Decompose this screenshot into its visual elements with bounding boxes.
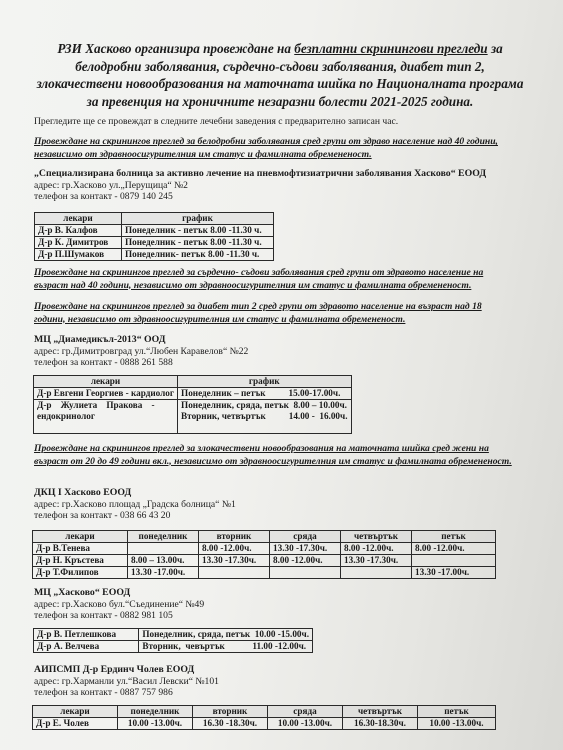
schedule-cell xyxy=(199,567,270,579)
table-row: Д-р В. Петлешкова Понеделник, сряда, пет… xyxy=(34,629,313,641)
schedule-cell: 8.00 -12.00ч. xyxy=(341,543,412,555)
schedule-cell: Понеделник, сряда, петък 8.00 – 10.00ч. xyxy=(178,400,351,412)
col-header-friday: петък xyxy=(412,531,496,543)
table-row: Д-р Жулиета Пракова - Понеделник, сряда,… xyxy=(34,400,352,412)
facility-name: МЦ „Диамедикъл-2013“ ООД xyxy=(34,334,166,345)
schedule-cell: 16.30 -18.30ч. xyxy=(193,718,268,730)
section-heading-cervical: Провеждане на скринингов преглед за злок… xyxy=(34,443,514,468)
doctor-cell: Д-р К. Димитров xyxy=(35,237,122,249)
title-line-2: белодробни заболявания, сърдечно-съдови … xyxy=(75,59,485,74)
col-header-thursday: четвъртък xyxy=(343,706,418,718)
doctor-cell: Д-р Евгени Георгиев - кардиолог xyxy=(34,388,178,400)
schedule-cell: 10.00 -13.00ч. xyxy=(118,718,193,730)
section-heading-diabetes: Провеждане на скринингов преглед за диаб… xyxy=(34,301,514,326)
schedule-cell: 13.30 -17.30ч. xyxy=(270,543,341,555)
schedule-cell xyxy=(412,555,496,567)
facility-name: МЦ „Хасково“ ЕООД xyxy=(34,587,130,598)
table-row: Д-р Т.Филипов 13.30 -17.00ч. 13.30 -17.0… xyxy=(33,567,496,579)
schedule-cell: Понеделник- петък 8.00 -11.30 ч. xyxy=(122,249,274,261)
facility-phone: телефон за контакт - 0879 140 245 xyxy=(34,191,173,202)
schedule-cell: 13.30 -17.00ч. xyxy=(412,567,496,579)
title-line-3: злокачествени новообразования на маточна… xyxy=(37,76,524,91)
table-row: Д-р К. Димитров Понеделник - петък 8.00 … xyxy=(35,237,274,249)
facility-phone: телефон за контакт - 0882 981 105 xyxy=(34,610,173,621)
document-title: РЗИ Хасково организира провеждане на без… xyxy=(30,40,530,110)
facility-address: адрес: гр.Хасково площад „Градска болниц… xyxy=(34,499,236,510)
schedule-cell: Вторник, чевъртък 11.00 -12.00ч. xyxy=(139,641,313,653)
table-row: Д-р А. Велчева Вторник, чевъртък 11.00 -… xyxy=(34,641,313,653)
schedule-cell: 16.30-18.30ч. xyxy=(343,718,418,730)
schedule-cell: 8.00 -12.00ч. xyxy=(199,543,270,555)
table-row: Д-р В. Калфов Понеделник - петък 8.00 -1… xyxy=(35,225,274,237)
schedule-cell xyxy=(341,567,412,579)
table-row: ендокринолог Вторник, четвъртък 14.00 - … xyxy=(34,411,352,434)
facility-address: адрес: гр.Димитровград ул.“Любен Каравел… xyxy=(34,346,248,357)
schedule-cell: 8.00 – 13.00ч. xyxy=(128,555,199,567)
schedule-cell: 8.00 -12.00ч. xyxy=(270,555,341,567)
title-line-4: за превенция на хроничните незаразни бол… xyxy=(87,94,474,109)
facility-address: адрес: гр.Харманли ул.“Васил Левски“ №10… xyxy=(34,676,219,687)
col-header-doctors: лекари xyxy=(33,706,118,718)
schedule-cell: Понеделник - петък 8.00 -11.30 ч. xyxy=(122,225,274,237)
section-heading-cardio: Провеждане на скринингов преглед за сърд… xyxy=(34,267,514,292)
schedule-table-dkc: лекари понеделник вторник сряда четвъртъ… xyxy=(32,530,496,579)
col-header-tuesday: вторник xyxy=(199,531,270,543)
title-suffix: за xyxy=(488,41,503,56)
schedule-cell: 13.30 -17.30ч. xyxy=(341,555,412,567)
section-heading-lung: Провеждане на скринингов преглед за бело… xyxy=(34,136,514,161)
doctor-cell: Д-р В.Тенева xyxy=(33,543,128,555)
facility-name: ДКЦ I Хасково ЕООД xyxy=(34,487,131,498)
table-row: Д-р П.Шумаков Понеделник- петък 8.00 -11… xyxy=(35,249,274,261)
col-header-monday: понеделник xyxy=(118,706,193,718)
title-prefix: РЗИ Хасково организира провеждане на xyxy=(57,41,294,56)
facility-name: „Специализирана болница за активно лечен… xyxy=(34,168,486,179)
schedule-cell: 8.00 -12.00ч. xyxy=(412,543,496,555)
col-header-wednesday: сряда xyxy=(270,531,341,543)
intro-text: Прегледите ще се провеждат в следните ле… xyxy=(34,116,398,127)
schedule-cell xyxy=(128,543,199,555)
doctor-cell: Д-р Н. Кръстева xyxy=(33,555,128,567)
col-header-doctors: лекари xyxy=(35,213,122,225)
facility-phone: телефон за контакт - 038 66 43 20 xyxy=(34,510,170,521)
col-header-monday: понеделник xyxy=(128,531,199,543)
facility-phone: телефон за контакт - 0888 261 588 xyxy=(34,357,173,368)
doctor-cell: Д-р Е. Чолев xyxy=(33,718,118,730)
schedule-cell: Понеделник - петък 8.00 -11.30 ч. xyxy=(122,237,274,249)
doctor-cell: Д-р В. Петлешкова xyxy=(34,629,139,641)
facility-phone: телефон за контакт - 0887 757 986 xyxy=(34,687,173,698)
schedule-cell: Понеделник – петък 15.00-17.00ч. xyxy=(178,388,351,400)
facility-address: адрес: гр.Хасково ул.„Перущица“ №2 xyxy=(34,180,188,191)
schedule-cell: Вторник, четвъртък 14.00 - 16.00ч. xyxy=(178,411,351,434)
table-row: Д-р В.Тенева 8.00 -12.00ч. 13.30 -17.30ч… xyxy=(33,543,496,555)
schedule-cell xyxy=(270,567,341,579)
doctor-cell: Д-р А. Велчева xyxy=(34,641,139,653)
title-emphasis: безплатни скринингови прегледи xyxy=(294,41,487,56)
facility-address: адрес: гр.Хасково бул.“Съединение“ №49 xyxy=(34,599,204,610)
doctor-cell: Д-р Жулиета Пракова - xyxy=(34,400,178,412)
doctor-cell: Д-р Т.Филипов xyxy=(33,567,128,579)
facility-name: АИПСМП Д-р Ердинч Чолев ЕООД xyxy=(34,664,194,675)
col-header-tuesday: вторник xyxy=(193,706,268,718)
col-header-schedule: график xyxy=(178,376,351,388)
schedule-cell: 10.00 -13.00ч. xyxy=(418,718,496,730)
schedule-cell: Понеделник, сряда, петък 10.00 -15.00ч. xyxy=(139,629,313,641)
table-row: Д-р Н. Кръстева 8.00 – 13.00ч. 13.30 -17… xyxy=(33,555,496,567)
col-header-schedule: график xyxy=(122,213,274,225)
table-row: Д-р Е. Чолев 10.00 -13.00ч. 16.30 -18.30… xyxy=(33,718,496,730)
schedule-cell: 10.00 -13.00ч. xyxy=(268,718,343,730)
schedule-cell: 13.30 -17.00ч. xyxy=(128,567,199,579)
schedule-table-lung: лекари график Д-р В. Калфов Понеделник -… xyxy=(34,212,274,261)
table-row: Д-р Евгени Георгиев - кардиолог Понеделн… xyxy=(34,388,352,400)
doctor-cell: Д-р П.Шумаков xyxy=(35,249,122,261)
document-page: РЗИ Хасково организира провеждане на без… xyxy=(0,0,563,750)
col-header-wednesday: сряда xyxy=(268,706,343,718)
schedule-table-cholev: лекари понеделник вторник сряда четвъртъ… xyxy=(32,705,496,730)
col-header-doctors: лекари xyxy=(33,531,128,543)
doctor-cell: ендокринолог xyxy=(34,411,178,434)
schedule-table-mc-haskovo: Д-р В. Петлешкова Понеделник, сряда, пет… xyxy=(33,628,313,653)
schedule-cell: 13.30 -17.30ч. xyxy=(199,555,270,567)
col-header-friday: петък xyxy=(418,706,496,718)
col-header-doctors: лекари xyxy=(34,376,178,388)
col-header-thursday: четвъртък xyxy=(341,531,412,543)
doctor-cell: Д-р В. Калфов xyxy=(35,225,122,237)
schedule-table-cardio-diabetes: лекари график Д-р Евгени Георгиев - кард… xyxy=(33,375,352,434)
